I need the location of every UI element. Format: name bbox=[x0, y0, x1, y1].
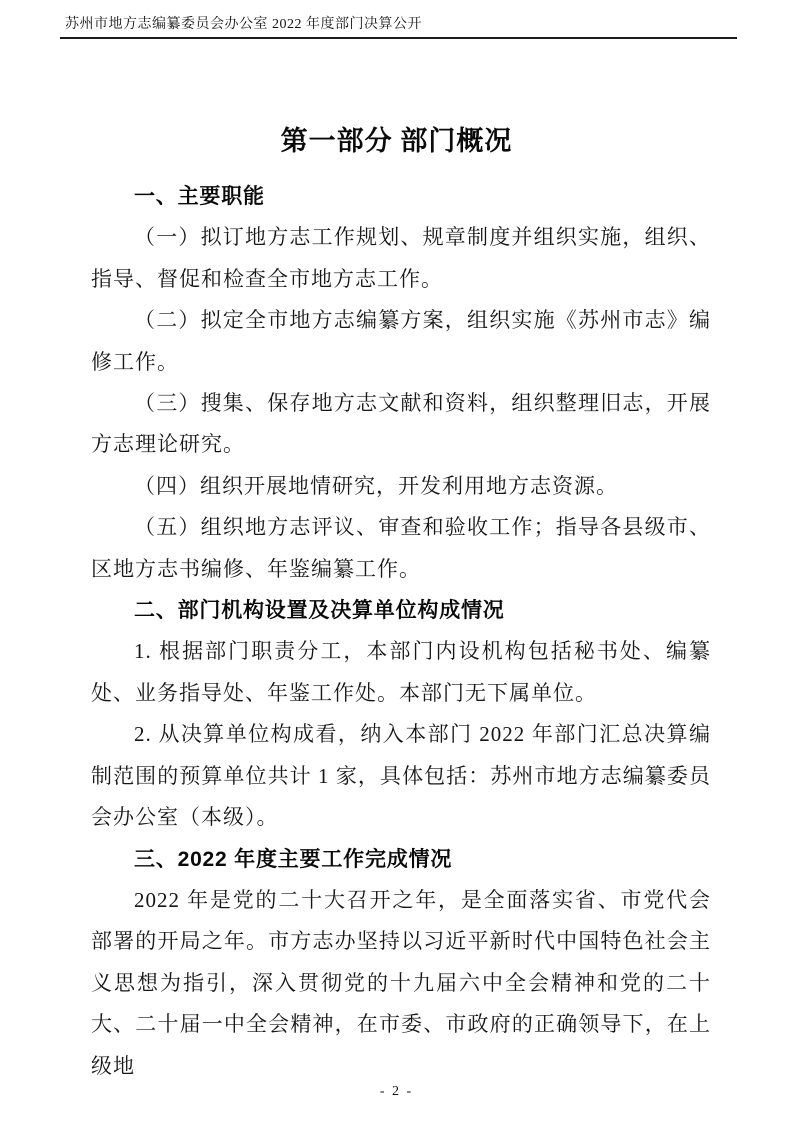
page-header: 苏州市地方志编纂委员会办公室 2022 年度部门决算公开 bbox=[60, 16, 737, 39]
section-heading: 三、2022 年度主要工作完成情况 bbox=[91, 839, 711, 880]
page-number: - 2 - bbox=[380, 1084, 413, 1099]
body-paragraph: （三）搜集、保存地方志文献和资料，组织整理旧志，开展方志理论研究。 bbox=[91, 383, 711, 466]
section-heading: 二、部门机构设置及决算单位构成情况 bbox=[91, 590, 711, 631]
page-title: 第一部分 部门概况 bbox=[0, 121, 793, 161]
body-paragraph: （一）拟订地方志工作规划、规章制度并组织实施，组织、指导、督促和检查全市地方志工… bbox=[91, 217, 711, 300]
body-paragraph: 2022 年是党的二十大召开之年，是全面落实省、市党代会部署的开局之年。市方志办… bbox=[91, 880, 711, 1087]
document-body: 一、主要职能（一）拟订地方志工作规划、规章制度并组织实施，组织、指导、督促和检查… bbox=[91, 176, 711, 1087]
body-paragraph: 1. 根据部门职责分工，本部门内设机构包括秘书处、编纂处、业务指导处、年鉴工作处… bbox=[91, 631, 711, 714]
document-page: 苏州市地方志编纂委员会办公室 2022 年度部门决算公开 第一部分 部门概况 一… bbox=[0, 0, 793, 1122]
body-paragraph: （四）组织开展地情研究，开发利用地方志资源。 bbox=[91, 466, 711, 507]
page-footer: - 2 - bbox=[0, 1084, 793, 1100]
body-paragraph: 2. 从决算单位构成看，纳入本部门 2022 年部门汇总决算编制范围的预算单位共… bbox=[91, 714, 711, 838]
body-paragraph: （五）组织地方志评议、审查和验收工作；指导各县级市、区地方志书编修、年鉴编纂工作… bbox=[91, 507, 711, 590]
body-paragraph: （二）拟定全市地方志编纂方案，组织实施《苏州市志》编修工作。 bbox=[91, 300, 711, 383]
header-title: 苏州市地方志编纂委员会办公室 2022 年度部门决算公开 bbox=[65, 17, 422, 32]
section-heading: 一、主要职能 bbox=[91, 176, 711, 217]
